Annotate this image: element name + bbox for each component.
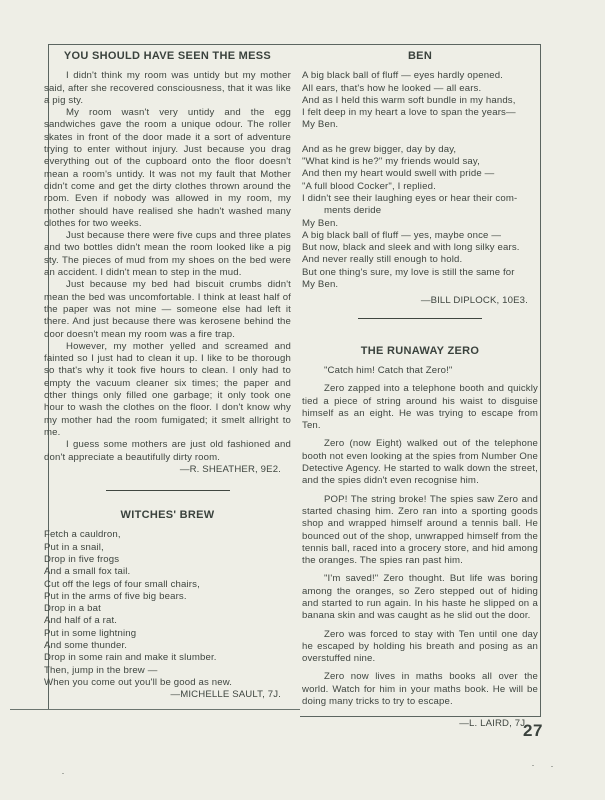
paragraph: "Catch him! Catch that Zero!" xyxy=(302,365,538,377)
verse-line: All ears, that's how he looked — all ear… xyxy=(302,83,538,95)
paragraph: Just because there were five cups and th… xyxy=(44,230,291,279)
verse-line: Then, jump in the brew — xyxy=(44,665,291,677)
verse-line: I didn't see their laughing eyes or hear… xyxy=(302,193,538,205)
verse-line: And never really still enough to hold. xyxy=(302,254,538,266)
article-mess: YOU SHOULD HAVE SEEN THE MESS I didn't t… xyxy=(44,50,291,491)
right-column: BEN A big black ball of fluff — eyes har… xyxy=(302,44,538,731)
verse-line: A big black ball of fluff — eyes hardly … xyxy=(302,70,538,82)
verse-line: ments deride xyxy=(302,205,538,217)
article-title: BEN xyxy=(302,50,538,62)
verse-line: Put in the arms of five big bears. xyxy=(44,591,291,603)
paper-speck xyxy=(62,773,64,774)
section-divider xyxy=(106,490,230,491)
verse-line: And half of a rat. xyxy=(44,615,291,627)
paper-speck xyxy=(551,766,553,767)
verse-line: I felt deep in my heart a love to span t… xyxy=(302,107,538,119)
paragraph: Zero was forced to stay with Ten until o… xyxy=(302,629,538,666)
byline: —BILL DIPLOCK, 10E3. xyxy=(302,295,538,307)
paper-speck xyxy=(532,765,534,766)
paragraph: My room wasn't very untidy and the egg s… xyxy=(44,107,291,230)
paragraph: Zero zapped into a telephone booth and q… xyxy=(302,383,538,432)
page-number: 27 xyxy=(523,721,543,741)
left-column: YOU SHOULD HAVE SEEN THE MESS I didn't t… xyxy=(44,44,291,702)
article-title: YOU SHOULD HAVE SEEN THE MESS xyxy=(44,50,291,62)
verse-line: My Ben. xyxy=(302,218,538,230)
byline: —MICHELLE SAULT, 7J. xyxy=(44,689,291,701)
verse-line: When you come out you'll be good as new. xyxy=(44,677,291,689)
paragraph: "I'm saved!" Zero thought. But life was … xyxy=(302,573,538,622)
poem-stanza-1: A big black ball of fluff — eyes hardly … xyxy=(302,70,538,131)
article-witches-brew: WITCHES' BREW Fetch a cauldron,Put in a … xyxy=(44,509,291,701)
verse-line: Cut off the legs of four small chairs, xyxy=(44,579,291,591)
poem-stanza-2: And as he grew bigger, day by day,"What … xyxy=(302,144,538,292)
verse-line: "What kind is he?" my friends would say, xyxy=(302,156,538,168)
frame-border-right xyxy=(540,44,541,716)
paragraph: Zero now lives in maths books all over t… xyxy=(302,671,538,708)
verse-line: Drop in some rain and make it slumber. xyxy=(44,652,291,664)
verse-line: "A full blood Cocker", I replied. xyxy=(302,181,538,193)
verse-line: But now, black and sleek and with long s… xyxy=(302,242,538,254)
verse-line: And some thunder. xyxy=(44,640,291,652)
paragraph: POP! The string broke! The spies saw Zer… xyxy=(302,494,538,568)
verse-line: A big black ball of fluff — yes, maybe o… xyxy=(302,230,538,242)
section-divider xyxy=(358,318,482,319)
frame-border-bottom-left xyxy=(10,709,300,710)
verse-line: Drop in five frogs xyxy=(44,554,291,566)
article-runaway-zero: THE RUNAWAY ZERO "Catch him! Catch that … xyxy=(302,345,538,731)
paragraph: Zero (now Eight) walked out of the telep… xyxy=(302,438,538,487)
verse-line: And as he grew bigger, day by day, xyxy=(302,144,538,156)
verse-line: Drop in a bat xyxy=(44,603,291,615)
article-title: WITCHES' BREW xyxy=(44,509,291,521)
verse-line: Put in a snail, xyxy=(44,542,291,554)
poem-verse: Fetch a cauldron,Put in a snail,Drop in … xyxy=(44,529,291,689)
verse-line: My Ben. xyxy=(302,119,538,131)
paragraph: However, my mother yelled and screamed a… xyxy=(44,341,291,439)
verse-line: But one thing's sure, my love is still t… xyxy=(302,267,538,279)
byline: —R. SHEATHER, 9E2. xyxy=(44,464,291,476)
paragraph: Just because my bed had biscuit crumbs d… xyxy=(44,279,291,340)
verse-line: My Ben. xyxy=(302,279,538,291)
article-ben: BEN A big black ball of fluff — eyes har… xyxy=(302,50,538,319)
verse-line: And as I held this warm soft bundle in m… xyxy=(302,95,538,107)
verse-line: Fetch a cauldron, xyxy=(44,529,291,541)
verse-line: And a small fox tail. xyxy=(44,566,291,578)
paragraph: I guess some mothers are just old fashio… xyxy=(44,439,291,464)
paragraph: I didn't think my room was untidy but my… xyxy=(44,70,291,107)
verse-line: And then my heart would swell with pride… xyxy=(302,168,538,180)
article-title: THE RUNAWAY ZERO xyxy=(302,345,538,357)
byline: —L. LAIRD, 7J. xyxy=(302,718,538,730)
verse-line: Put in some lightning xyxy=(44,628,291,640)
